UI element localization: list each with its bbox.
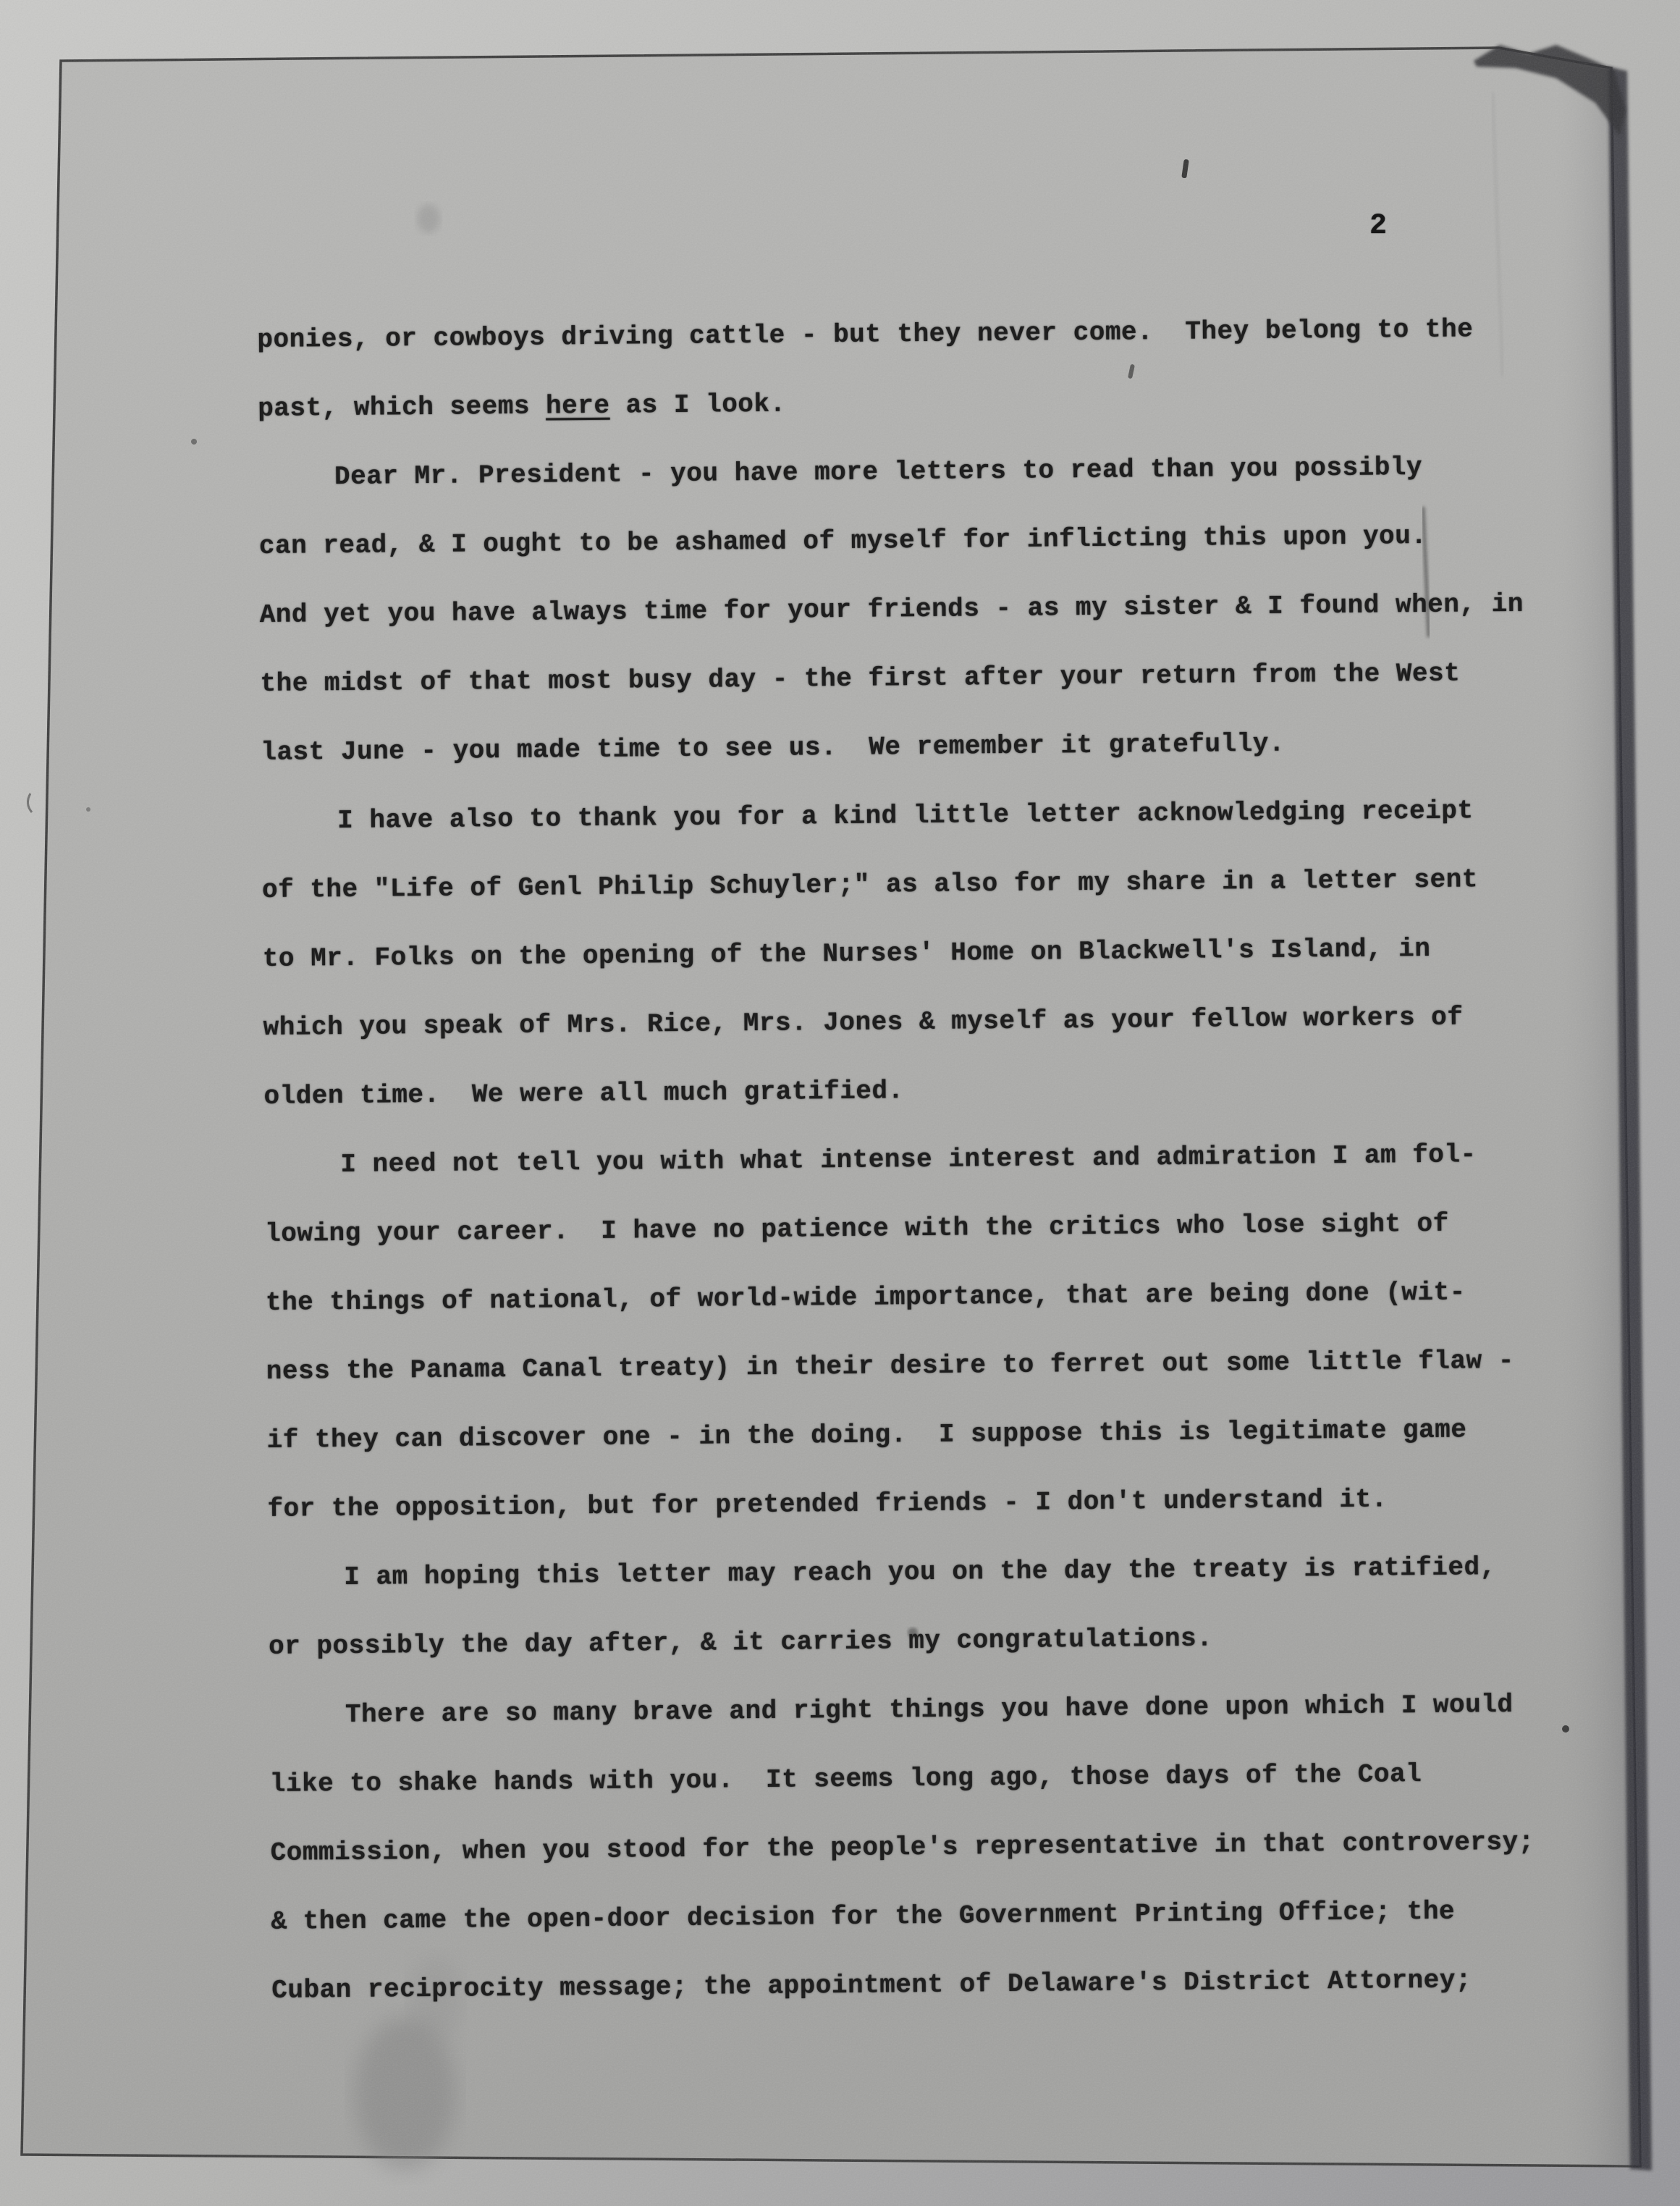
letter-line: olden time. We were all much gratified.: [263, 1051, 1596, 1131]
text-segment: I need not tell you with what intense in…: [340, 1140, 1477, 1179]
letter-line: or possibly the day after, & it carries …: [269, 1601, 1601, 1681]
letter-line: can read, & I ought to be ashamed of mys…: [258, 500, 1591, 581]
letter-line: which you speak of Mrs. Rice, Mrs. Jones…: [263, 982, 1595, 1062]
underlined-word: here: [546, 391, 610, 421]
text-segment: to Mr. Folks on the opening of the Nurse…: [263, 934, 1431, 974]
letter-line: the midst of that most busy day - the fi…: [260, 638, 1592, 718]
letter-line: like to shake hands with you. It seems l…: [269, 1738, 1602, 1819]
text-segment: can read, & I ought to be ashamed of mys…: [259, 521, 1427, 561]
letter-line: Commission, when you stood for the peopl…: [270, 1807, 1603, 1887]
letter-line: of the "Life of Genl Philip Schuyler;" a…: [262, 844, 1595, 925]
letter-line: I am hoping this letter may reach you on…: [268, 1532, 1600, 1612]
letter-body: ponies, or cowboys driving cattle - but …: [257, 294, 1604, 2025]
letter-line: for the opposition, but for pretended fr…: [267, 1463, 1600, 1544]
letter-line: to Mr. Folks on the opening of the Nurse…: [262, 913, 1595, 993]
text-segment: & then came the open-door decision for t…: [271, 1897, 1455, 1937]
letter-line: ness the Panama Canal treaty) in their d…: [266, 1326, 1598, 1406]
text-segment: of the "Life of Genl Philip Schuyler;" a…: [262, 864, 1478, 905]
text-segment: ponies, or cowboys driving cattle - but …: [257, 314, 1473, 355]
letter-line: Cuban reciprocity message; the appointme…: [271, 1945, 1604, 2025]
text-segment: if they can discover one - in the doing.…: [266, 1415, 1466, 1454]
letter-line: I need not tell you with what intense in…: [264, 1119, 1597, 1200]
letter-line: Dear Mr. President - you have more lette…: [258, 431, 1591, 512]
letter-line: past, which seems here as I look.: [258, 363, 1590, 443]
text-segment: or possibly the day after, & it carries …: [269, 1624, 1212, 1662]
text-segment: which you speak of Mrs. Rice, Mrs. Jones…: [263, 1002, 1464, 1042]
letter-line: the things of national, of world-wide im…: [266, 1257, 1598, 1337]
text-segment: last June - you made time to see us. We …: [261, 729, 1285, 767]
letter-line: & then came the open-door decision for t…: [271, 1876, 1603, 1956]
text-segment: like to shake hands with you. It seems l…: [270, 1759, 1422, 1799]
letter-line: ponies, or cowboys driving cattle - but …: [257, 294, 1590, 374]
letter-line: lowing your career. I have no patience w…: [265, 1188, 1597, 1268]
text-segment: for the opposition, but for pretended fr…: [267, 1484, 1388, 1524]
text-segment: as I look.: [609, 390, 785, 421]
text-segment: lowing your career. I have no patience w…: [265, 1209, 1449, 1249]
text-segment: I am hoping this letter may reach you on…: [344, 1552, 1496, 1592]
letter-line: I have also to thank you for a kind litt…: [261, 775, 1594, 856]
text-segment: I have also to thank you for a kind litt…: [337, 796, 1474, 835]
text-segment: the things of national, of world-wide im…: [266, 1277, 1466, 1317]
text-segment: olden time. We were all much gratified.: [263, 1076, 903, 1111]
text-segment: There are so many brave and right things…: [345, 1690, 1514, 1730]
text-segment: Dear Mr. President - you have more lette…: [334, 452, 1422, 492]
text-segment: past, which seems: [258, 392, 546, 424]
text-segment: Commission, when you stood for the peopl…: [270, 1827, 1534, 1868]
text-segment: And yet you have always time for your fr…: [260, 589, 1524, 630]
photographed-letter: 2 ponies, or cowboys driving cattle - bu…: [0, 0, 1680, 2206]
page-number: 2: [1369, 210, 1387, 243]
text-segment: Cuban reciprocity message; the appointme…: [271, 1965, 1472, 2005]
letter-line: There are so many brave and right things…: [269, 1670, 1602, 1750]
letter-line: last June - you made time to see us. We …: [261, 707, 1593, 787]
letter-line: And yet you have always time for your fr…: [259, 569, 1592, 649]
letter-line: if they can discover one - in the doing.…: [266, 1394, 1599, 1475]
text-segment: the midst of that most busy day - the fi…: [260, 659, 1460, 699]
text-segment: ness the Panama Canal treaty) in their d…: [266, 1346, 1514, 1386]
